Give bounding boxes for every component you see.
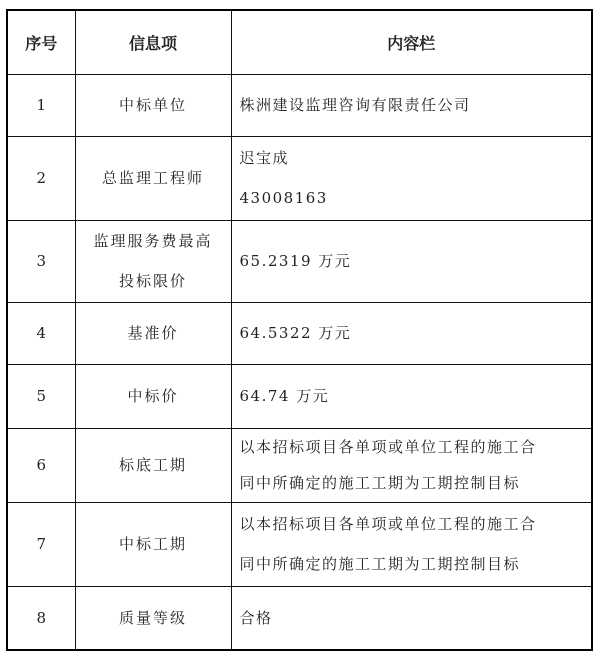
row-no: 1: [7, 74, 75, 136]
row-no: 2: [7, 136, 75, 220]
header-content: 内容栏: [231, 10, 592, 74]
row-content: 64.5322 万元: [231, 302, 592, 364]
row-content: 65.2319 万元: [231, 220, 592, 302]
engineer-cert-no: 43008163: [240, 182, 592, 214]
header-no: 序号: [7, 10, 75, 74]
row-content: 以本招标项目各单项或单位工程的施工合 同中所确定的施工工期为工期控制目标: [231, 428, 592, 502]
table-row: 7 中标工期 以本招标项目各单项或单位工程的施工合 同中所确定的施工工期为工期控…: [7, 502, 592, 586]
table-row: 3 监理服务费最高 投标限价 65.2319 万元: [7, 220, 592, 302]
item-line: 投标限价: [76, 261, 231, 301]
table-row: 5 中标价 64.74 万元: [7, 364, 592, 428]
content-line: 同中所确定的施工工期为工期控制目标: [240, 465, 592, 501]
table-row: 4 基准价 64.5322 万元: [7, 302, 592, 364]
content-line: 同中所确定的施工工期为工期控制目标: [240, 544, 592, 584]
row-no: 6: [7, 428, 75, 502]
header-item: 信息项: [75, 10, 231, 74]
bid-info-table: 序号 信息项 内容栏 1 中标单位 株洲建设监理咨询有限责任公司 2 总监理工程…: [6, 9, 593, 651]
table-row: 8 质量等级 合格: [7, 586, 592, 650]
row-item: 质量等级: [75, 586, 231, 650]
row-item: 中标价: [75, 364, 231, 428]
row-item: 标底工期: [75, 428, 231, 502]
row-no: 5: [7, 364, 75, 428]
content-line: 以本招标项目各单项或单位工程的施工合: [240, 504, 592, 544]
item-line: 监理服务费最高: [76, 221, 231, 261]
row-content: 株洲建设监理咨询有限责任公司: [231, 74, 592, 136]
row-item: 中标工期: [75, 502, 231, 586]
row-content: 64.74 万元: [231, 364, 592, 428]
row-no: 4: [7, 302, 75, 364]
row-content: 迟宝成 43008163: [231, 136, 592, 220]
row-item: 监理服务费最高 投标限价: [75, 220, 231, 302]
row-no: 3: [7, 220, 75, 302]
table-row: 1 中标单位 株洲建设监理咨询有限责任公司: [7, 74, 592, 136]
row-item: 总监理工程师: [75, 136, 231, 220]
row-no: 8: [7, 586, 75, 650]
table-row: 2 总监理工程师 迟宝成 43008163: [7, 136, 592, 220]
content-line: 以本招标项目各单项或单位工程的施工合: [240, 429, 592, 465]
header-row: 序号 信息项 内容栏: [7, 10, 592, 74]
row-no: 7: [7, 502, 75, 586]
row-content: 以本招标项目各单项或单位工程的施工合 同中所确定的施工工期为工期控制目标: [231, 502, 592, 586]
row-content: 合格: [231, 586, 592, 650]
row-item: 中标单位: [75, 74, 231, 136]
engineer-name: 迟宝成: [240, 142, 592, 174]
row-item: 基准价: [75, 302, 231, 364]
table-row: 6 标底工期 以本招标项目各单项或单位工程的施工合 同中所确定的施工工期为工期控…: [7, 428, 592, 502]
